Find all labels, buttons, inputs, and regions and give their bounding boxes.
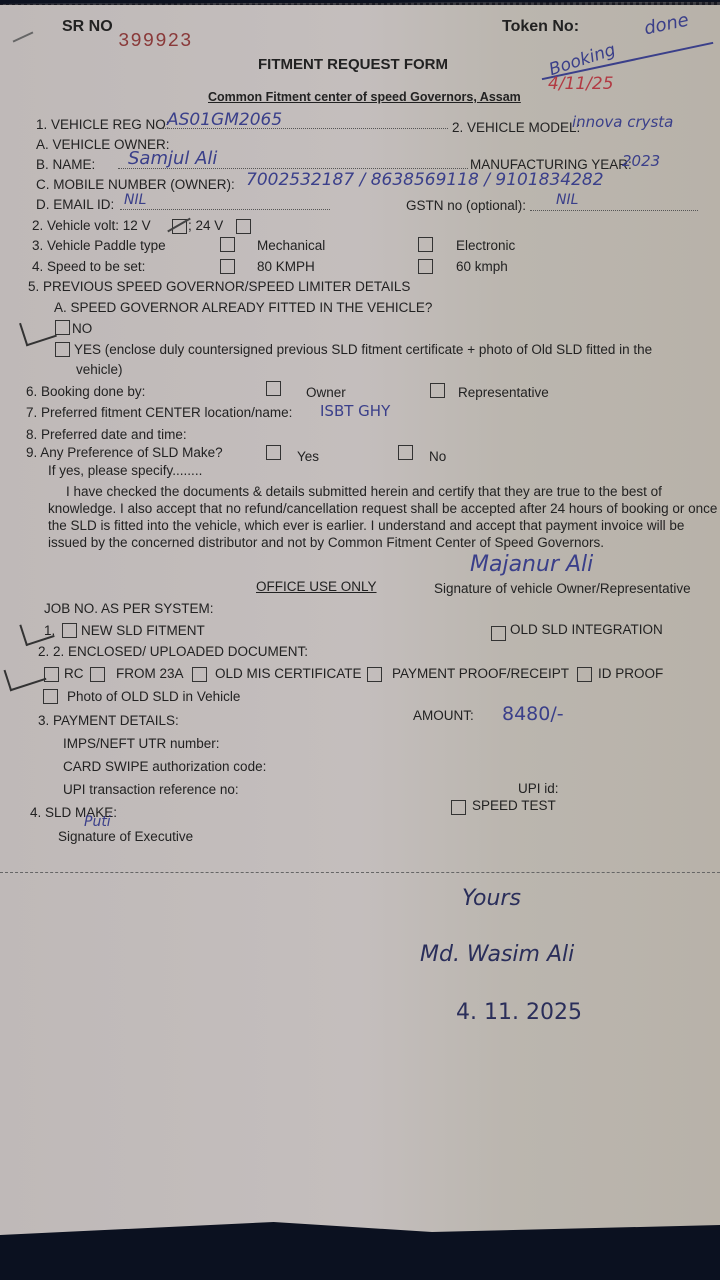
background-surface	[0, 1230, 720, 1280]
model-label: 2. VEHICLE MODEL:	[452, 120, 580, 135]
volt-label: 2. Vehicle volt: 12 V	[32, 218, 151, 233]
note-done: done	[642, 10, 690, 40]
make-specify: If yes, please specify........	[48, 463, 202, 478]
token-label: Token No:	[502, 18, 579, 36]
speed-opt2: 60 kmph	[456, 259, 508, 274]
prev-question: A. SPEED GOVERNOR ALREADY FITTED IN THE …	[54, 300, 432, 315]
reg-label: 1. VEHICLE REG NO:	[36, 117, 170, 132]
doc-oldmis-label: OLD MIS CERTIFICATE	[215, 666, 362, 681]
booking-owner-checkbox[interactable]	[266, 381, 281, 396]
office-heading: OFFICE USE ONLY	[256, 579, 377, 594]
paddle-label: 3. Vehicle Paddle type	[32, 238, 166, 253]
speed-label: 4. Speed to be set:	[32, 259, 145, 274]
doc-rc-label: RC	[64, 666, 84, 681]
doc-rc-checkbox[interactable]	[44, 667, 59, 682]
prev-no-label: NO	[72, 321, 92, 336]
speed-test-label: SPEED TEST	[472, 798, 556, 813]
doc-idproof-checkbox[interactable]	[577, 667, 592, 682]
paddle-electronic-checkbox[interactable]	[418, 237, 433, 252]
owner-signature: Majanur Ali	[470, 552, 593, 577]
name-label: B. NAME:	[36, 157, 95, 172]
prev-yes-checkbox[interactable]	[55, 342, 70, 357]
doc-oldmis-checkbox[interactable]	[192, 667, 207, 682]
email-label: D. EMAIL ID:	[36, 197, 114, 212]
pen-mark	[13, 31, 34, 42]
docs-label: 2. 2. ENCLOSED/ UPLOADED DOCUMENT:	[38, 644, 308, 659]
booking-label: 6. Booking done by:	[26, 384, 145, 399]
job-new-sld-tick	[19, 616, 54, 646]
note-date-footer: 4. 11. 2025	[456, 1000, 582, 1025]
mobile-label: C. MOBILE NUMBER (OWNER):	[36, 177, 235, 192]
prev-yes-label-2: vehicle)	[76, 362, 123, 377]
card-label: CARD SWIPE authorization code:	[63, 759, 266, 774]
prev-label: 5. PREVIOUS SPEED GOVERNOR/SPEED LIMITER…	[28, 279, 410, 294]
form-subtitle: Common Fitment center of speed Governors…	[208, 90, 521, 104]
paddle-mechanical-checkbox[interactable]	[220, 237, 235, 252]
doc-payment-checkbox[interactable]	[367, 667, 382, 682]
email-value: NIL	[124, 192, 146, 208]
prev-yes-label: YES (enclose duly countersigned previous…	[74, 342, 652, 357]
center-value: ISBT GHY	[320, 402, 390, 420]
email-field[interactable]	[120, 209, 330, 210]
job-old-sld-checkbox[interactable]	[491, 626, 506, 641]
exec-signature-label: Signature of Executive	[58, 829, 193, 844]
sr-no-label: SR NO	[62, 18, 113, 36]
doc-form23a-checkbox[interactable]	[90, 667, 105, 682]
upi-ref-label: UPI transaction reference no:	[63, 782, 239, 797]
note-name: Md. Wasim Ali	[420, 942, 574, 967]
amount-label: AMOUNT:	[413, 708, 474, 723]
job-opt1: NEW SLD FITMENT	[81, 623, 205, 638]
speed-60-checkbox[interactable]	[418, 259, 433, 274]
sr-no-value: 399923	[118, 30, 192, 52]
make-label: 9. Any Preference of SLD Make?	[26, 445, 223, 460]
imps-label: IMPS/NEFT UTR number:	[63, 736, 220, 751]
paddle-opt2: Electronic	[456, 238, 515, 253]
note-yours: Yours	[462, 886, 521, 911]
gstn-label: GSTN no (optional):	[406, 198, 526, 213]
job-label: JOB NO. AS PER SYSTEM:	[44, 601, 214, 616]
job-opt2: OLD SLD INTEGRATION	[510, 622, 663, 637]
doc-photo-checkbox[interactable]	[43, 689, 58, 704]
speed-test-checkbox[interactable]	[451, 800, 466, 815]
make-yes-label: Yes	[297, 449, 319, 464]
booking-opt2: Representative	[458, 385, 549, 400]
declaration-text: I have checked the documents & details s…	[48, 483, 720, 551]
doc-idproof-label: ID PROOF	[598, 666, 663, 681]
doc-form23a-label: FROM 23A	[116, 666, 184, 681]
booking-representative-checkbox[interactable]	[430, 383, 445, 398]
date-label: 8. Preferred date and time:	[26, 427, 187, 442]
doc-photo-label: Photo of OLD SLD in Vehicle	[67, 689, 240, 704]
volt-sep: ; 24 V	[188, 218, 223, 233]
doc-payment-label: PAYMENT PROOF/RECEIPT	[392, 666, 569, 681]
upi-id-label: UPI id:	[518, 781, 559, 796]
form-paper: SR NO 399923 Token No: FITMENT REQUEST F…	[0, 0, 720, 1275]
make-no-label: No	[429, 449, 446, 464]
booking-opt1: Owner	[306, 385, 346, 400]
paddle-opt1: Mechanical	[257, 238, 325, 253]
speed-80-checkbox[interactable]	[220, 259, 235, 274]
payment-label: 3. PAYMENT DETAILS:	[38, 713, 179, 728]
exec-signature: Puti	[84, 814, 111, 830]
amount-value: 8480/-	[502, 703, 564, 725]
gstn-value: NIL	[556, 192, 578, 208]
make-yes-checkbox[interactable]	[266, 445, 281, 460]
gstn-field[interactable]	[530, 210, 698, 211]
torn-edge	[0, 0, 720, 5]
cut-line	[0, 872, 720, 873]
prev-no-checkbox[interactable]	[55, 320, 70, 335]
mobile-value: 7002532187 / 8638569118 / 9101834282	[246, 170, 604, 190]
note-date: 4/11/25	[548, 74, 614, 94]
make-no-checkbox[interactable]	[398, 445, 413, 460]
docs-rc-tick	[4, 659, 47, 692]
mfg-value: 2023	[622, 152, 660, 170]
speed-opt1: 80 KMPH	[257, 259, 315, 274]
reg-value: AS01GM2065	[167, 110, 282, 130]
name-value: Samjul Ali	[128, 148, 217, 169]
model-value: innova crysta	[572, 113, 673, 131]
volt-24v-checkbox[interactable]	[236, 219, 251, 234]
center-label: 7. Preferred fitment CENTER location/nam…	[26, 405, 292, 420]
job-new-sld-checkbox[interactable]	[62, 623, 77, 638]
prev-no-tick	[19, 314, 57, 347]
owner-signature-label: Signature of vehicle Owner/Representativ…	[434, 581, 691, 596]
form-title: FITMENT REQUEST FORM	[258, 56, 448, 73]
